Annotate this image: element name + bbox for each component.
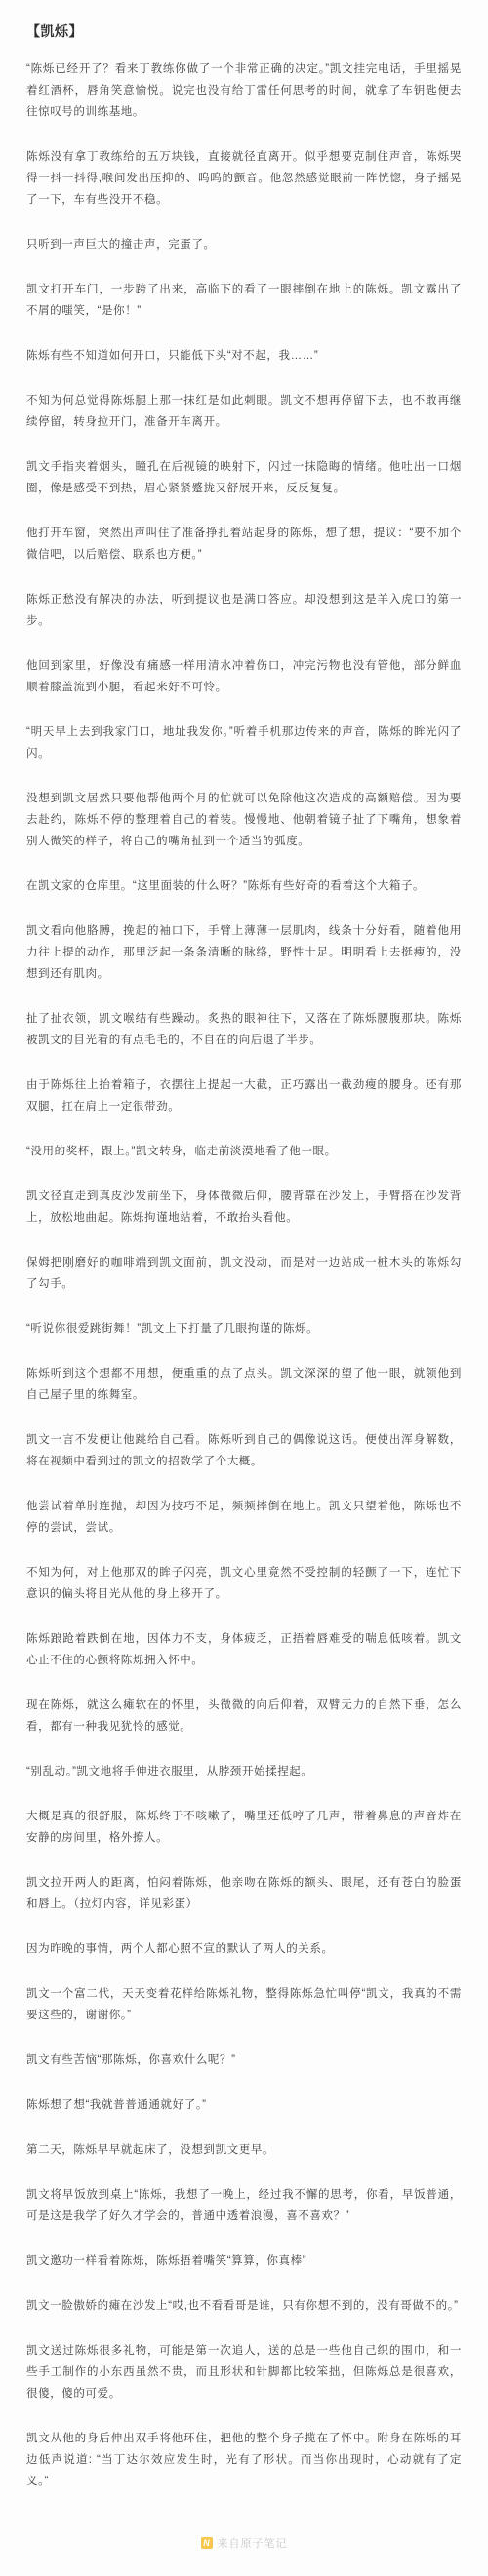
paragraph: 陈烁有些不知道如何开口，只能低下头“对不起，我……” xyxy=(26,345,462,367)
paragraph: 凯文看向他胳膊，挽起的袖口下，手臂上薄薄一层肌肉，线条十分好看，随着他用力往上提… xyxy=(26,920,462,985)
paragraph: “听说你很爱跳街舞！”凯文上下打量了几眼拘谨的陈烁。 xyxy=(26,1318,462,1340)
paragraph: 没想到凯文居然只要他帮他两个月的忙就可以免除他这次造成的高额赔偿。因为要去赴约，… xyxy=(26,788,462,852)
note-app-icon: N xyxy=(201,2537,213,2549)
paragraph: 陈烁听到这个想都不用想，便重重的点了点头。凯文深深的望了他一眼，就领他到自己屋子… xyxy=(26,1363,462,1406)
paragraph: 陈烁没有拿丁教练给的五万块钱，直接就径直离开。似乎想要克制住声音，陈烁哭得一抖一… xyxy=(26,146,462,211)
article-body: “陈烁已经开了？看来丁教练你做了一个非常正确的决定。”凯文挂完电话，手里摇晃着红… xyxy=(26,59,462,2492)
paragraph: 只听到一声巨大的撞击声，完蛋了。 xyxy=(26,234,462,255)
paragraph: 大概是真的很舒服，陈烁终于不咳嗽了，嘴里还低哼了几声，带着鼻息的声音炸在安静的房… xyxy=(26,1806,462,1849)
paragraph: 陈烁正愁没有解决的办法，听到提议也是满口答应。却没想到这是羊入虎口的第一步。 xyxy=(26,589,462,632)
note-page: 【凯烁】 “陈烁已经开了？看来丁教练你做了一个非常正确的决定。”凯文挂完电话，手… xyxy=(0,0,488,2576)
paragraph: “陈烁已经开了？看来丁教练你做了一个非常正确的决定。”凯文挂完电话，手里摇晃着红… xyxy=(26,59,462,123)
paragraph: 保姆把刚磨好的咖啡端到凯文面前，凯文没动，而是对一边站成一桩木头的陈烁勾了勾手。 xyxy=(26,1252,462,1295)
paragraph: “别乱动。”凯文地将手伸进衣服里，从脖颈开始揉捏起。 xyxy=(26,1761,462,1782)
paragraph: 他打开车窗，突然出声叫住了准备挣扎着站起身的陈烁，想了想，提议：“要不加个微信吧… xyxy=(26,523,462,566)
paragraph: 凯文打开车门，一步跨了出来，高临下的看了一眼摔倒在地上的陈烁。凯文露出了不屑的嗤… xyxy=(26,279,462,322)
paragraph: 凯文一言不发便让他跳给自己看。陈烁听到自己的偶像说这话。便使出浑身解数，将在视频… xyxy=(26,1429,462,1472)
paragraph: 不知为何，对上他那双的眸子闪亮，凯文心里竟然不受控制的轻颤了一下，连忙下意识的偏… xyxy=(26,1562,462,1605)
paragraph: 凯文送过陈烁很多礼物，可能是第一次追人，送的总是一些他自己织的围巾，和一些手工制… xyxy=(26,2340,462,2404)
paragraph: 凯文拉开两人的距离，怕闷着陈烁，他亲吻在陈烁的额头、眼尾，还有苍白的脸蛋和唇上。… xyxy=(26,1872,462,1915)
paragraph: 凯文有些苦恼“那陈烁，你喜欢什么呢？” xyxy=(26,2049,462,2071)
paragraph: 陈烁踉跄着跌倒在地，因体力不支，身体疲乏，正捂着唇难受的喘息低咳着。凯文心止不住… xyxy=(26,1628,462,1671)
paragraph: “没用的奖杯，跟上。”凯文转身，临走前淡漠地看了他一眼。 xyxy=(26,1141,462,1162)
paragraph: 凯文径直走到真皮沙发前坐下，身体微微后仰，腰背靠在沙发上，手臂搭在沙发背上，放松… xyxy=(26,1186,462,1229)
paragraph: 凯文一脸傲娇的瘫在沙发上“哎,也不看看哥是谁，只有你想不到的，没有哥做不的。” xyxy=(26,2295,462,2317)
paragraph: 凯文从他的身后伸出双手将他环住，把他的整个身子揽在了怀中。附身在陈烁的耳边低声说… xyxy=(26,2428,462,2492)
paragraph: 由于陈烁往上抬着箱子，衣摆往上提起一大截，正巧露出一截劲瘦的腰身。还有那双腿，扛… xyxy=(26,1074,462,1117)
paragraph: 凯文一个富二代，天天变着花样给陈烁礼物，整得陈烁急忙叫停“凯文，我真的不需要这些… xyxy=(26,1983,462,2026)
paragraph: 不知为何总觉得陈烁腿上那一抹红是如此刺眼。凯文不想再停留下去，也不敢再继续停留，… xyxy=(26,390,462,433)
paragraph: 现在陈烁，就这么瘫软在的怀里，头微微的向后仰着，双臂无力的自然下垂，怎么看，都有… xyxy=(26,1695,462,1737)
paragraph: 第二天，陈烁早早就起床了，没想到凯文更早。 xyxy=(26,2139,462,2161)
paragraph: 凯文将早饭放到桌上“陈烁，我想了一晚上，经过我不懈的思考，你看，早饭普通，可是这… xyxy=(26,2184,462,2227)
paragraph: 在凯文家的仓库里。“这里面装的什么呀？”陈烁有些好奇的看着这个大箱子。 xyxy=(26,876,462,897)
paragraph: 扯了扯衣领，凯文喉结有些躁动。炙热的眼神往下，又落在了陈烁腰腹那块。陈烁被凯文的… xyxy=(26,1008,462,1051)
paragraph: 凯文邀功一样看着陈烁，陈烁捂着嘴笑“算算，你真棒” xyxy=(26,2250,462,2272)
paragraph: 凯文手指夹着烟头，瞳孔在后视镜的映射下，闪过一抹隐晦的情绪。他吐出一口烟圈，像是… xyxy=(26,456,462,499)
article-title: 【凯烁】 xyxy=(26,21,462,41)
paragraph: 他回到家里，好像没有痛感一样用清水冲着伤口，冲完污物也没有管他，部分鲜血顺着膝盖… xyxy=(26,655,462,698)
paragraph: 因为昨晚的事情，两个人都心照不宣的默认了两人的关系。 xyxy=(26,1938,462,1960)
footer-watermark: N 来自原子笔记 xyxy=(26,2535,462,2556)
paragraph: 他尝试着单肘连抛，却因为技巧不足，频频摔倒在地上。凯文只望着他，陈烁也不停的尝试… xyxy=(26,1496,462,1539)
paragraph: “明天早上去到我家门口，地址我发你。”听着手机那边传来的声音，陈烁的眸光闪了闪。 xyxy=(26,722,462,764)
paragraph: 陈烁想了想“我就普普通通就好了。” xyxy=(26,2094,462,2116)
watermark-text: 来自原子笔记 xyxy=(218,2535,288,2551)
